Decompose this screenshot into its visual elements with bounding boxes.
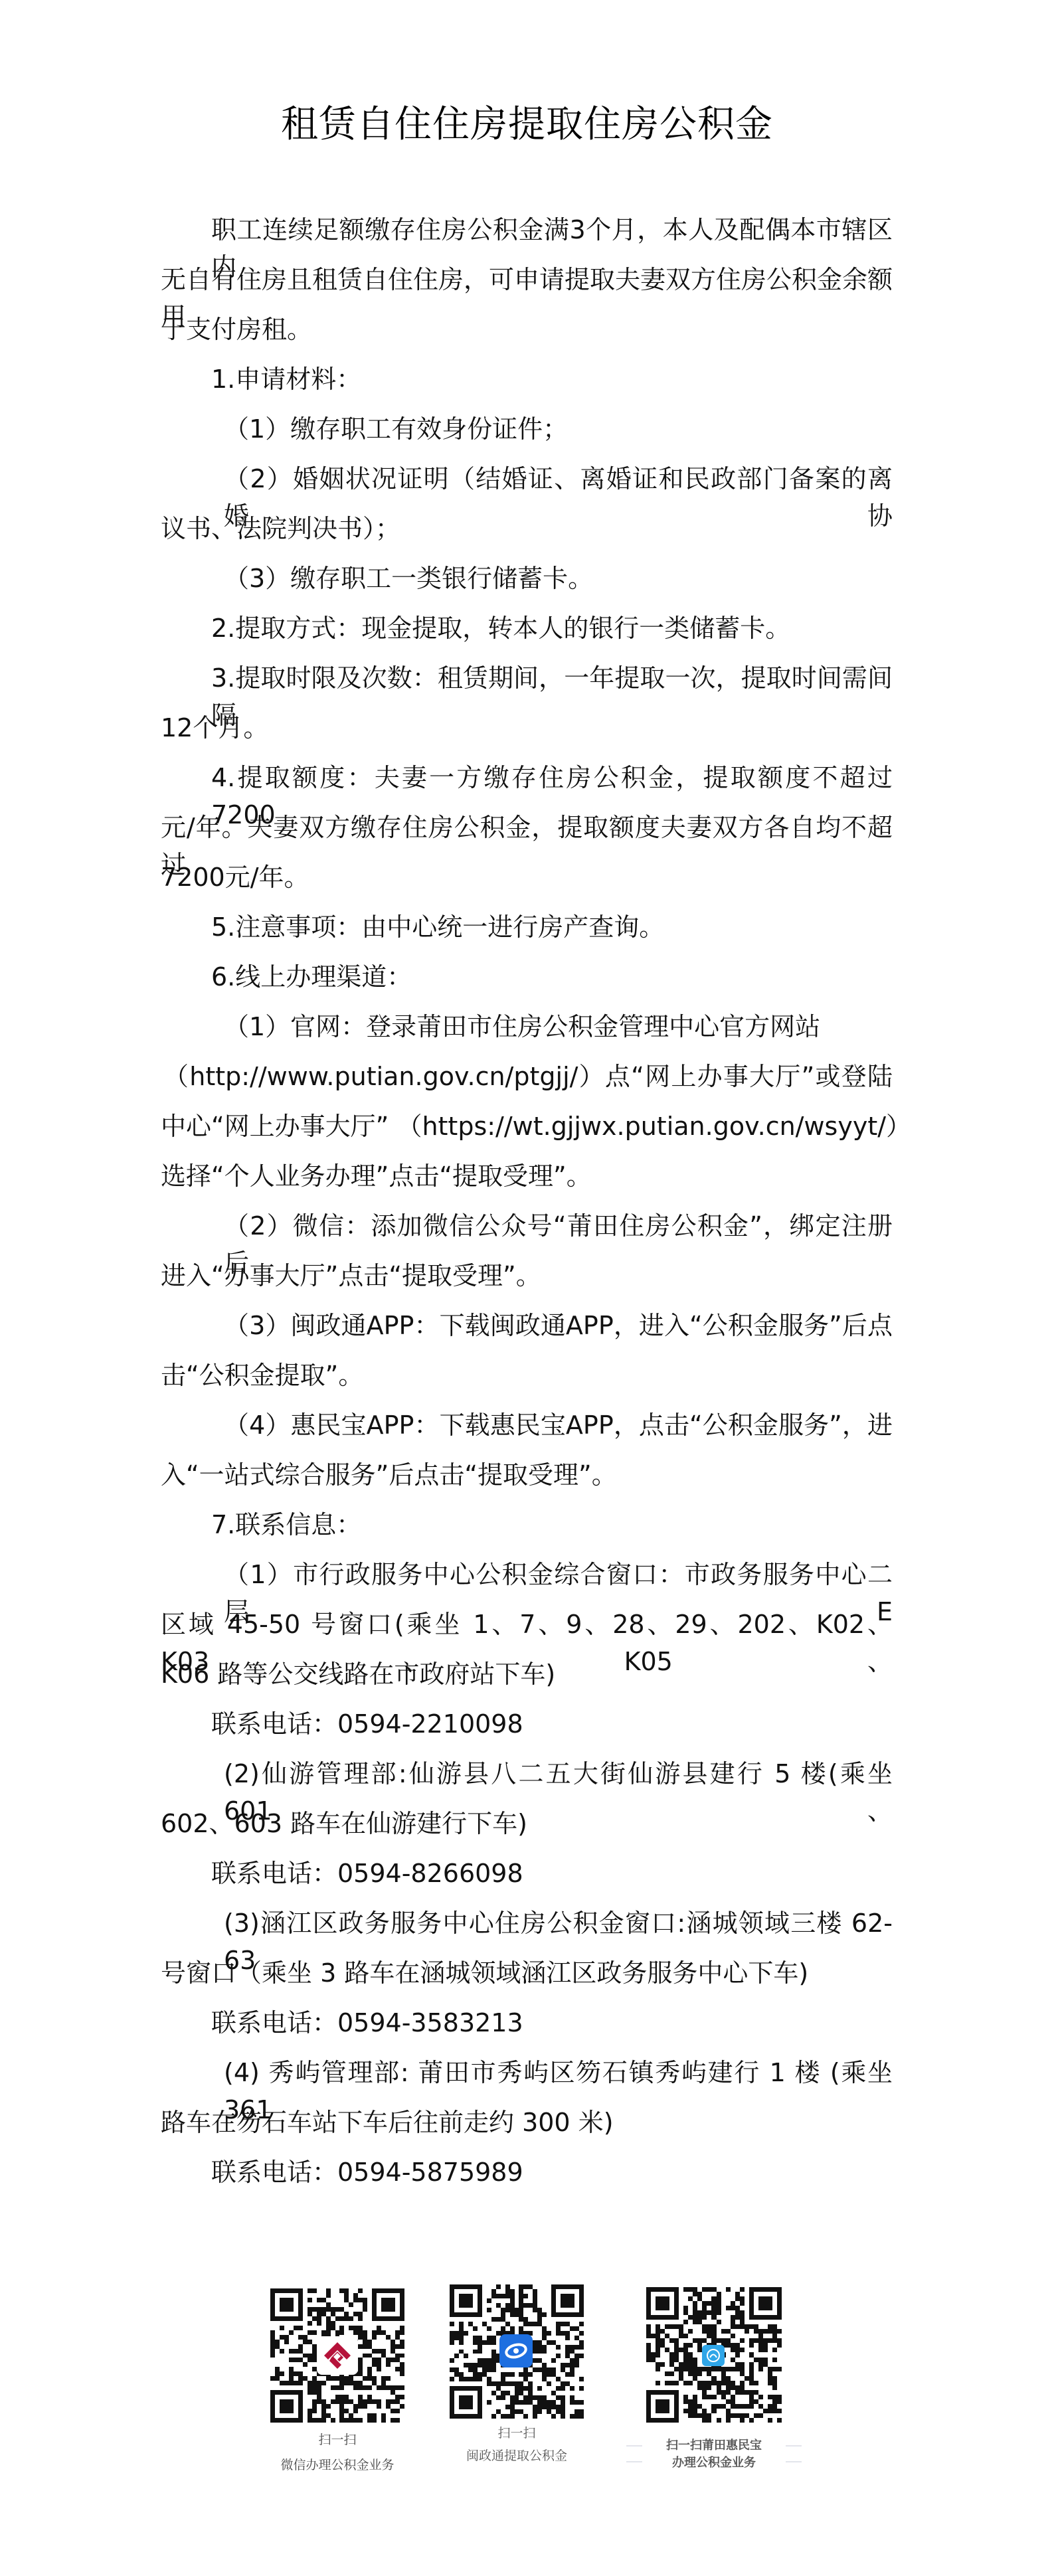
qr-caption-line2: 闽政通提取公积金: [450, 2447, 584, 2465]
list-item: （3）缴存职工一类银行储蓄卡。: [161, 560, 893, 610]
contact-phone: 联系电话：0594-8266098: [161, 1855, 893, 1905]
qr-card-huiminbao: 扫一扫莆田惠民宝 办理公积金业务: [646, 2287, 782, 2472]
list-item: （2）婚姻状况证明（结婚证、离婚证和民政部门备案的离婚协: [161, 460, 893, 510]
list-item-website: （1）官网：登录莆田市住房公积金管理中心官方网站: [161, 1008, 893, 1058]
qr-caption-line1: 扫一扫莆田惠民宝: [646, 2437, 782, 2454]
list-item: （1）缴存职工有效身份证件；: [161, 410, 893, 460]
section-heading-notes: 5.注意事项：由中心统一进行房产查询。: [161, 908, 893, 958]
paragraph-line: 元/年。夫妻双方缴存住房公积金，提取额度夫妻双方各自均不超过: [161, 809, 893, 859]
section-heading-materials: 1.申请材料：: [161, 361, 893, 410]
section-heading-method: 2.提取方式：现金提取，转本人的银行一类储蓄卡。: [161, 610, 893, 659]
website-url-line[interactable]: （http://www.putian.gov.cn/ptgjj/）点“网上办事大…: [161, 1058, 893, 1108]
minzhengtong-app-icon: [499, 2334, 533, 2367]
contact-location-continuation: 路车在笏石车站下车后往前走约 300 米): [161, 2104, 893, 2154]
decorative-line: [786, 2461, 802, 2462]
section-heading-online-channels: 6.线上办理渠道：: [161, 958, 893, 1008]
decorative-line: [626, 2461, 642, 2462]
qr-caption-line1: 扫一扫: [450, 2424, 584, 2443]
paragraph-line: 7200元/年。: [161, 859, 893, 908]
huiminbao-app-icon: [702, 2345, 725, 2366]
contact-location-continuation: 区域 45-50 号窗口(乘坐 1、7、9、28、29、202、K02、K03、…: [161, 1606, 893, 1656]
list-item-minzhengtong: （3）闽政通APP：下载闽政通APP，进入“公积金服务”后点: [161, 1307, 893, 1357]
page-title: 租赁自住住房提取住房公积金: [0, 100, 1054, 150]
document-body: 职工连续足额缴存住房公积金满3个月，本人及配偶本市辖区内 无自有住房且租赁自住住…: [161, 211, 893, 2203]
huiminbao-qr-code[interactable]: [646, 2287, 782, 2423]
list-item-continuation: 击“公积金提取”。: [161, 1357, 893, 1407]
list-item-continuation: 选择“个人业务办理”点击“提取受理”。: [161, 1158, 893, 1207]
contact-location-continuation: 号窗口（乘坐 3 路车在涵城领域涵江区政务服务中心下车): [161, 1954, 893, 2004]
qr-caption-line1: 扫一扫: [270, 2431, 404, 2449]
list-item-wechat: （2）微信：添加微信公众号“莆田住房公积金”，绑定注册后: [161, 1207, 893, 1257]
contact-phone: 联系电话：0594-3583213: [161, 2004, 893, 2054]
qr-card-minzhengtong: 扫一扫 闽政通提取公积金: [450, 2284, 584, 2465]
contact-location: (2)仙游管理部:仙游县八二五大街仙游县建行 5 楼(乘坐 601、: [161, 1755, 893, 1805]
qr-card-wechat: 扫一扫 微信办理公积金业务: [270, 2288, 404, 2474]
housing-fund-logo-icon: [317, 2336, 358, 2375]
wechat-qr-code[interactable]: [270, 2288, 404, 2423]
qr-code-section: 扫一扫 微信办理公积金业务 扫一扫 闽政通提取公积金: [0, 2284, 1054, 2497]
minzhengtong-qr-code[interactable]: [450, 2284, 584, 2419]
section-heading-amount: 4.提取额度：夫妻一方缴存住房公积金，提取额度不超过7200: [161, 759, 893, 809]
paragraph-line: 12个月。: [161, 709, 893, 759]
section-heading-limits: 3.提取时限及次数：租赁期间，一年提取一次，提取时间需间隔: [161, 659, 893, 709]
contact-location: （1）市行政服务中心公积金综合窗口：市政务服务中心二层 E: [161, 1556, 893, 1606]
contact-location: (4) 秀屿管理部: 莆田市秀屿区笏石镇秀屿建行 1 楼 (乘坐 361: [161, 2054, 893, 2104]
contact-location: (3)涵江区政务服务中心住房公积金窗口:涵城领域三楼 62-63: [161, 1905, 893, 1954]
qr-caption-line2: 微信办理公积金业务: [270, 2456, 404, 2474]
paragraph-line: 于支付房租。: [161, 311, 893, 361]
list-item-huiminbao: （4）惠民宝APP：下载惠民宝APP，点击“公积金服务”，进: [161, 1407, 893, 1456]
paragraph-line: 职工连续足额缴存住房公积金满3个月，本人及配偶本市辖区内: [161, 211, 893, 261]
decorative-line: [786, 2445, 802, 2447]
contact-phone: 联系电话：0594-2210098: [161, 1705, 893, 1755]
list-item-continuation: 进入“办事大厅”点击“提取受理”。: [161, 1257, 893, 1307]
decorative-line: [626, 2445, 642, 2447]
section-heading-contact: 7.联系信息：: [161, 1506, 893, 1556]
qr-caption-line2: 办理公积金业务: [646, 2454, 782, 2472]
online-hall-url-line[interactable]: 中心“网上办事大厅” （https://wt.gjjwx.putian.gov.…: [161, 1108, 893, 1158]
paragraph-line: 无自有住房且租赁自住住房，可申请提取夫妻双方住房公积金余额用: [161, 261, 893, 311]
list-item-continuation: 入“一站式综合服务”后点击“提取受理”。: [161, 1456, 893, 1506]
contact-phone: 联系电话：0594-5875989: [161, 2154, 893, 2203]
